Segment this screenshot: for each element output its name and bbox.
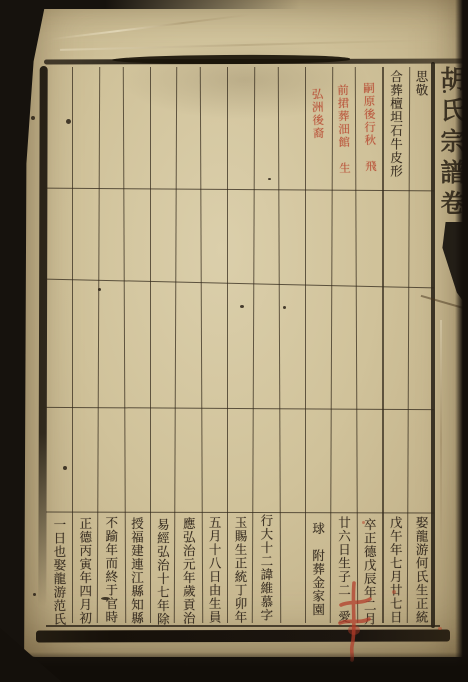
ink-speck [66,119,71,124]
red-stamp-mark [337,580,373,662]
ink-speck [63,466,67,470]
scanned-genealogy-page: 思敬合葬檀坦石牛皮形嗣原後行秋 飛前捃葬沺館 生弘洲後裔娶龍游何氏生正統戊午年七… [0,0,468,682]
body-text-column: 授福建連江縣知縣 [126,517,148,625]
body-text-column: 玉賜生正統丁卯年 [229,516,251,624]
red-annotation-2: 前捃葬沺館 生 [331,84,355,176]
ink-speck [31,116,35,120]
body-text-column: 球 附葬金家園 [307,522,329,617]
ink-speck [98,288,101,291]
ink-speck [101,597,110,600]
red-ink-speck [362,521,365,524]
body-text-column: 五月十八日由生員 [203,516,225,624]
person-name-column: 思敬 [410,70,432,97]
grid-bottom-rule [46,625,440,627]
burial-note-column: 合葬檀坦石牛皮形 [385,70,407,178]
body-text-column: 易經弘治十七年除 [151,518,173,626]
body-text-column: 一日也娶龍游范氏 [48,518,70,626]
paper-crease [440,320,442,560]
grid-left-border [38,66,47,606]
ink-speck [33,593,36,596]
ink-speck [268,178,271,180]
body-text-column: 行大十二諱維慕字 [255,514,277,622]
red-ink-speck [392,590,396,594]
body-text-column: 不踰年而終于官時 [100,516,122,624]
body-text-column: 娶龍游何氏生正統 [410,516,432,624]
red-ink-speck [438,627,442,630]
red-annotation-1: 嗣原後行秋 飛 [357,82,381,174]
red-annotation-3: 弘洲後裔 [306,88,329,141]
ink-speck [283,306,286,309]
scan-edge-top [0,0,300,9]
grid-bottom-border [36,629,450,642]
scan-edge-bottom [0,652,468,682]
body-text-column: 戊午年七月廿七日 [384,516,406,624]
ink-speck [240,305,244,308]
body-text-column: 應弘治元年歲貢治 [177,517,199,625]
scan-edge-right [455,0,468,682]
body-text-column: 正德丙寅年四月初 [74,517,96,625]
